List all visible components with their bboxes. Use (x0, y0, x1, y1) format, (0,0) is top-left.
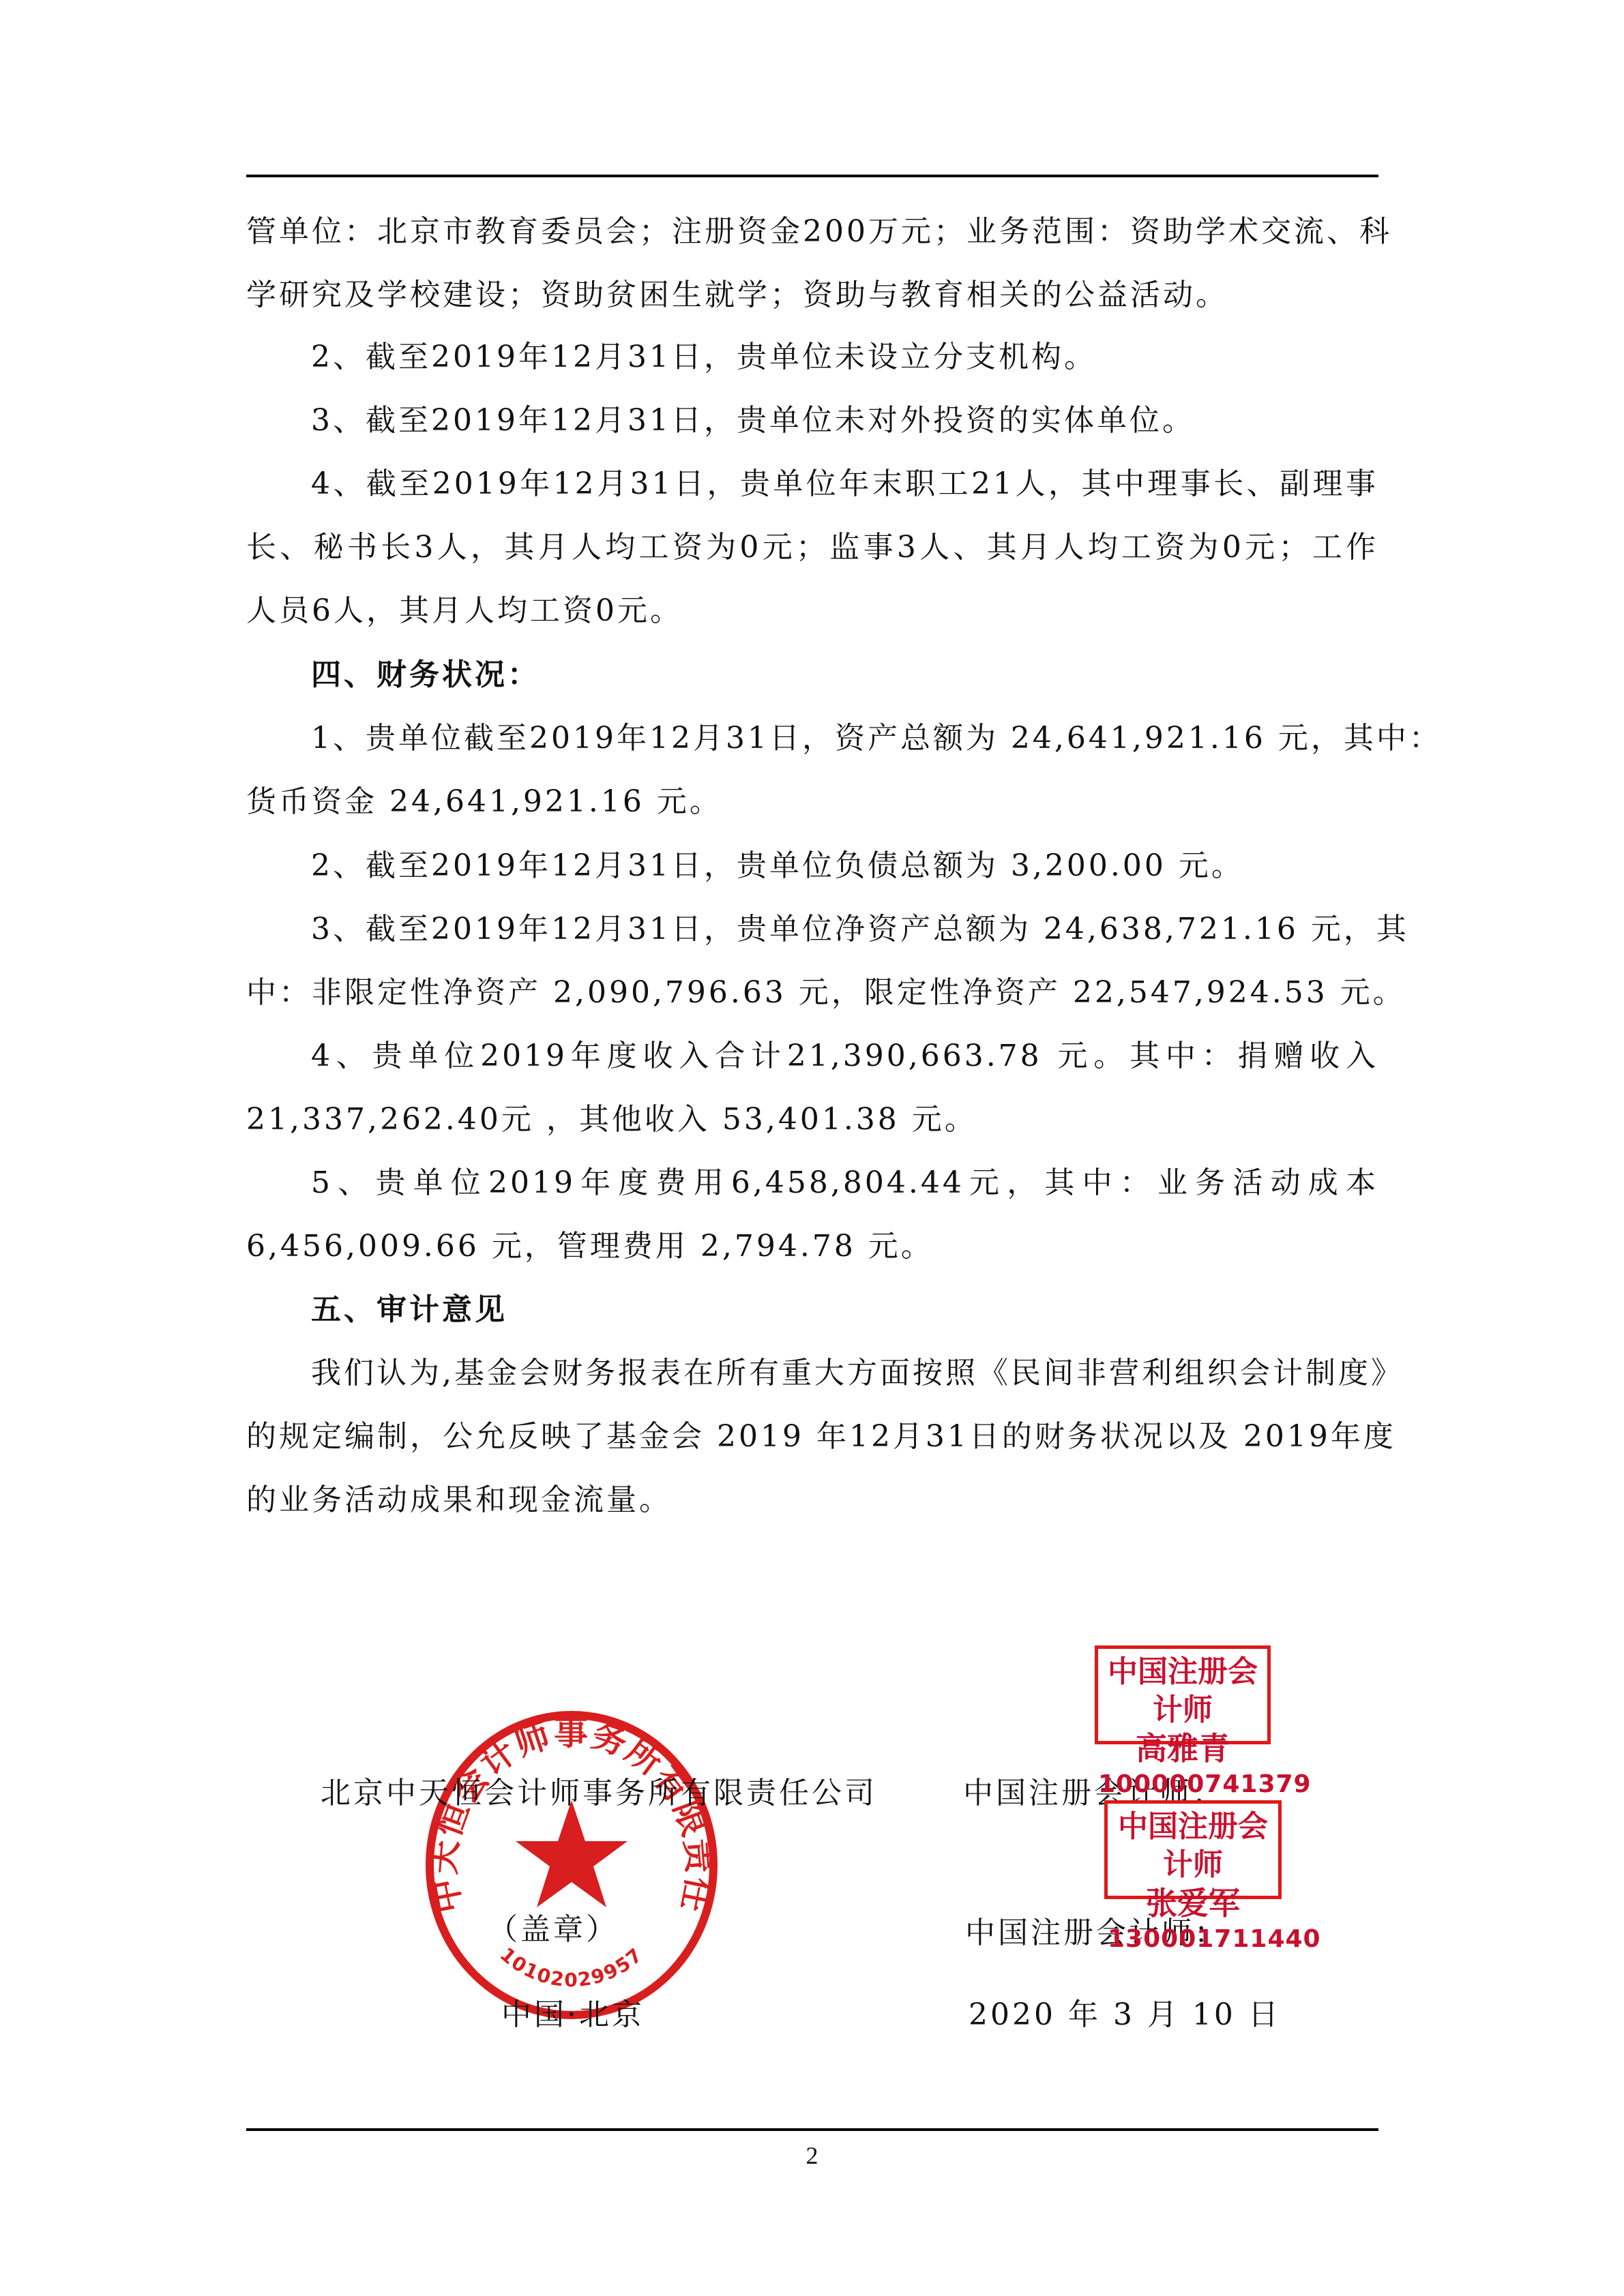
paragraph-line: 4、截至2019年12月31日，贵单位年末职工21人，其中理事长、副理事 (246, 464, 1378, 505)
paragraph-line: 中：非限定性净资产 2,090,796.63 元，限定性净资产 22,547,9… (246, 972, 1378, 1013)
section-heading-audit-opinion: 五、审计意见 (246, 1289, 1378, 1330)
paragraph-line: 人员6人，其月人均工资0元。 (246, 591, 1378, 631)
header-rule (246, 175, 1378, 177)
paragraph-line: 1、贵单位截至2019年12月31日，资产总额为 24,641,921.16 元… (246, 718, 1378, 759)
firm-seal: 北京中天恒会计师事务所有限责任公司 1101020299571 (422, 1708, 722, 2022)
cpa-stamp-title: 中国注册会计师 (1098, 1653, 1267, 1729)
section-heading-financial-status: 四、财务状况： (246, 655, 1378, 696)
paragraph-line: 5、贵单位2019年度费用6,458,804.44元，其中：业务活动成本 (246, 1163, 1378, 1204)
paragraph-line: 6,456,009.66 元，管理费用 2,794.78 元。 (246, 1226, 1378, 1267)
page-number: 2 (0, 2141, 1624, 2170)
location: 中国·北京 (501, 1995, 645, 2036)
paragraph-line: 的业务活动成果和现金流量。 (246, 1480, 1378, 1521)
star-icon (516, 1800, 628, 1907)
cpa-stamp-name: 高雅青 (1098, 1729, 1267, 1768)
paragraph-line: 长、秘书长3人，其月人均工资为0元；监事3人、其月人均工资为0元；工作 (246, 527, 1378, 568)
seal-label: （盖章） (488, 1909, 619, 1950)
cpa-stamp-name: 张爱军 (1108, 1884, 1278, 1922)
cpa-stamp-number: 130001711440 (1108, 1922, 1278, 1956)
paragraph-line: 2、截至2019年12月31日，贵单位负债总额为 3,200.00 元。 (246, 846, 1378, 886)
paragraph-line: 4、贵单位2019年度收入合计21,390,663.78 元。其中：捐赠收入 (246, 1036, 1378, 1077)
cpa-stamp-2: 中国注册会计师 张爱军 130001711440 (1104, 1800, 1282, 1899)
paragraph-line: 3、截至2019年12月31日，贵单位净资产总额为 24,638,721.16 … (246, 909, 1378, 950)
firm-name: 北京中天恒会计师事务所有限责任公司 (321, 1773, 877, 1814)
paragraph-line: 2、截至2019年12月31日，贵单位未设立分支机构。 (246, 337, 1378, 378)
paragraph-line: 学研究及学校建设；资助贫困生就学；资助与教育相关的公益活动。 (246, 275, 1378, 316)
paragraph-line: 21,337,262.40元 ，其他收入 53,401.38 元。 (246, 1099, 1378, 1140)
cpa-stamp-number: 100000741379 (1098, 1768, 1267, 1802)
paragraph-line: 的规定编制，公允反映了基金会 2019 年12月31日的财务状况以及 2019年… (246, 1416, 1378, 1457)
footer-rule (246, 2128, 1378, 2131)
paragraph-line: 3、截至2019年12月31日，贵单位未对外投资的实体单位。 (246, 400, 1378, 441)
paragraph-line: 管单位：北京市教育委员会；注册资金200万元；业务范围：资助学术交流、科 (246, 211, 1378, 252)
report-date: 2020 年 3 月 10 日 (969, 1995, 1281, 2036)
paragraph-line: 货币资金 24,641,921.16 元。 (246, 781, 1378, 822)
cpa-stamp-1: 中国注册会计师 高雅青 100000741379 (1095, 1645, 1271, 1744)
paragraph-line: 我们认为,基金会财务报表在所有重大方面按照《民间非营利组织会计制度》 (246, 1353, 1378, 1394)
cpa-stamp-title: 中国注册会计师 (1108, 1808, 1278, 1884)
